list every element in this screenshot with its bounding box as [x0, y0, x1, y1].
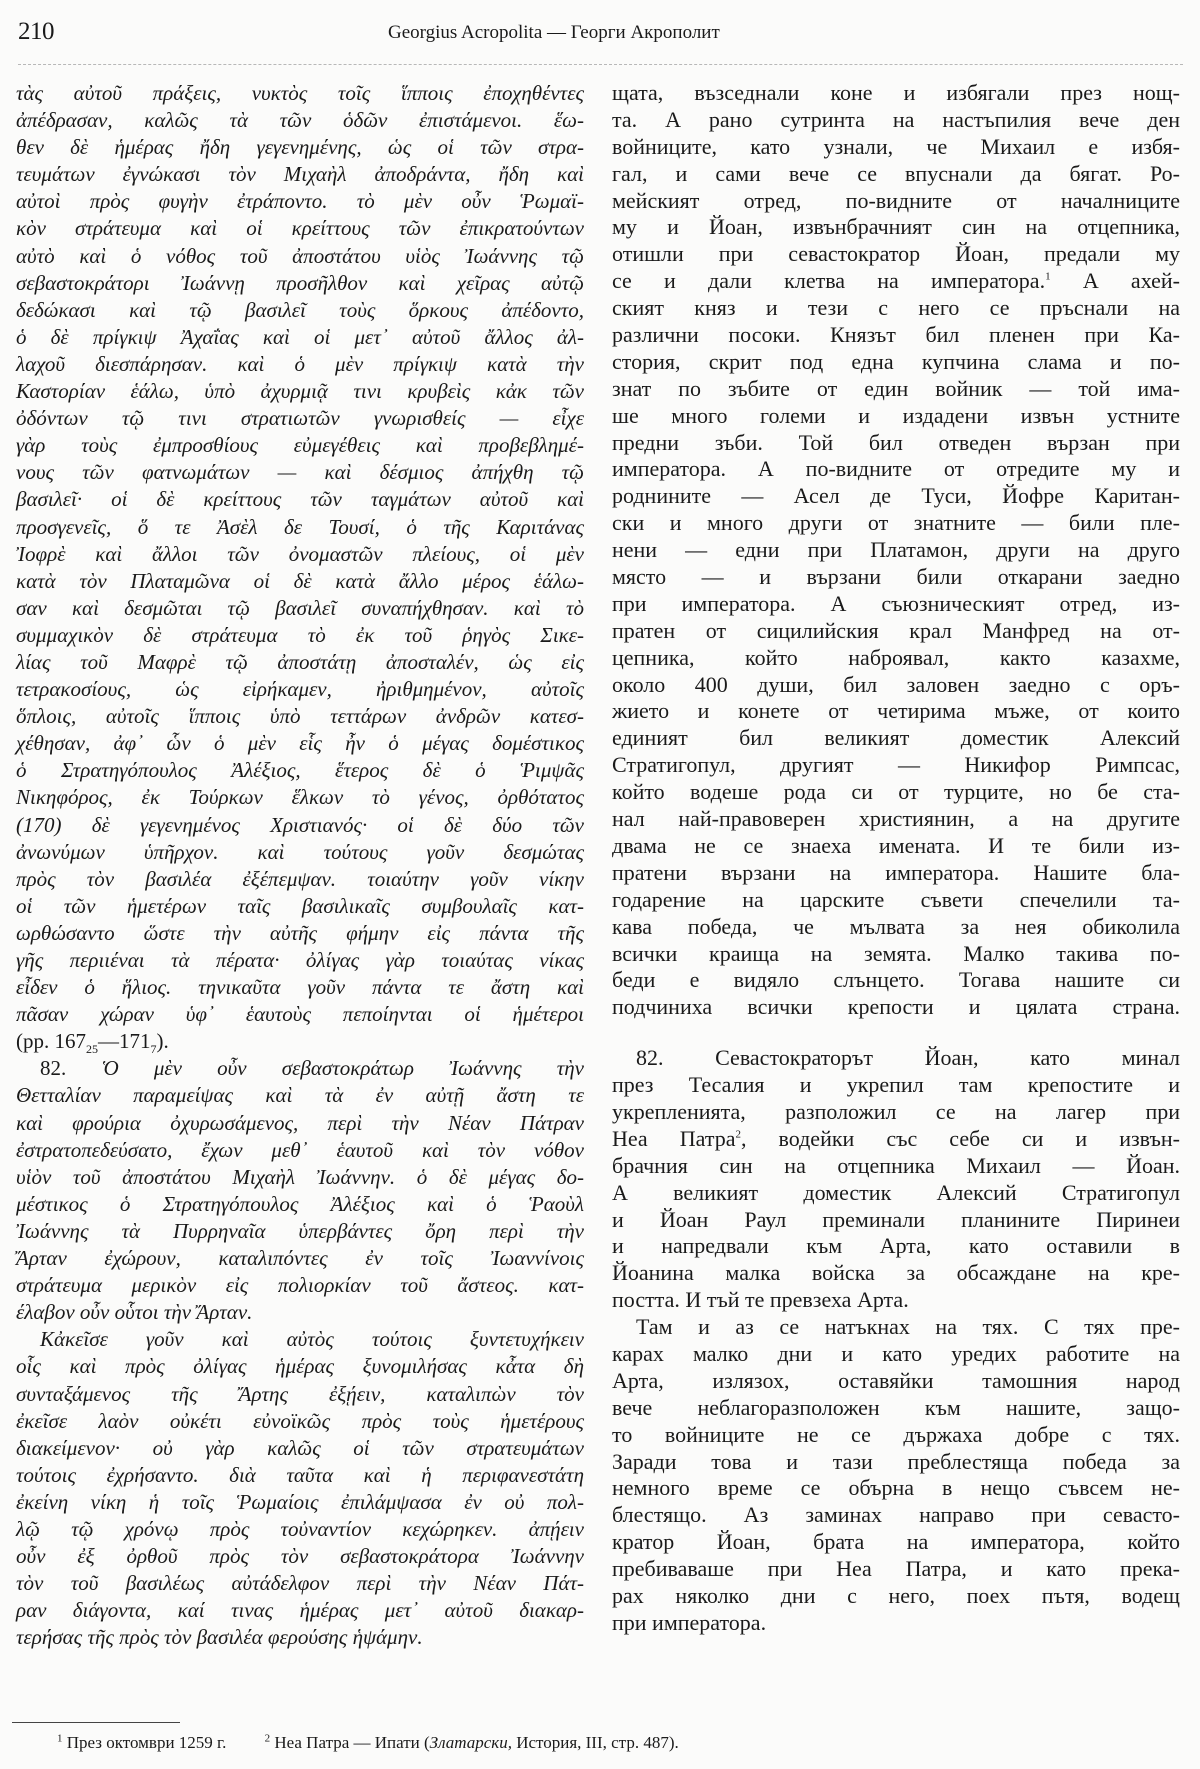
text-line: място — и вързани били откарани заедно: [612, 564, 1180, 591]
text-line: роднините — Асел де Туси, Йофре Каритан-: [612, 483, 1180, 510]
text-line: и Йоан Раул преминали планините Пиринеи: [612, 1207, 1180, 1234]
greek-paragraph-82: 82. Ὁ μὲν οὖν σεβαστοκράτωρ Ἰωάννης τὴνΘ…: [16, 1055, 584, 1326]
text-line: ἀνωνύμων ὑπῆρχον. καὶ τούτους γοῦν δεσμώ…: [16, 839, 584, 866]
text-line: брачния син на отцепника Михаил — Йоан.: [612, 1153, 1180, 1180]
text-line: χέθησαν, ἀφ᾽ ὧν ὁ μὲν εἷς ἦν ὁ μέγας δομ…: [16, 730, 584, 757]
text-line: А великият доместик Алексий Стратигопул: [612, 1180, 1180, 1207]
text-line: 82. Ὁ μὲν οὖν σεβαστοκράτωρ Ἰωάννης τὴν: [16, 1055, 584, 1082]
text-line: цепника, който наброявал, както казахме,: [612, 645, 1180, 672]
text-line: ωρθώσαντο ὥστε τὴν αὐτῆς φήμην εἰς πάντα…: [16, 920, 584, 947]
greek-paragraph-81: τὰς αὐτοῦ πράξεις, νυκτὸς τοῖς ἵπποις ἐπ…: [16, 80, 584, 1028]
bulgarian-paragraph-82: 82. Севастократорът Йоан, като миналпрез…: [612, 1045, 1180, 1314]
text-line: нени — едни при Платамон, други на друго: [612, 537, 1180, 564]
text-line: Θετταλίαν παραμείψας καὶ τὰ ἐν αὐτῇ ἄστη…: [16, 1082, 584, 1109]
text-line: през Тесалия и укрепил там крепостите и: [612, 1072, 1180, 1099]
text-line: щата, възседнали коне и избягали през но…: [612, 80, 1180, 107]
text-line: διακείμενον· οὐ γὰρ καλῶς οἱ τῶν στρατευ…: [16, 1435, 584, 1462]
text-line: знат по зъбите от един войник — той има-: [612, 376, 1180, 403]
bulgarian-paragraph-81: щата, възседнали коне и избягали през но…: [612, 80, 1180, 1021]
text-line: προσγενεῖς, ὅ τε Ἀσὲλ δε Τουσί, ὁ τῆς Κα…: [16, 514, 584, 541]
running-title: Georgius Acropolita — Георги Акрополит: [388, 22, 720, 44]
text-line: пребиваваше при Неа Патра, и като прека-: [612, 1556, 1180, 1583]
text-line: γῆς περιιέναι τὰ πέρατα· ὀλίγας γὰρ τοια…: [16, 947, 584, 974]
text-line: ἐστρατοπεδεύσατο, ἔχων μεθ᾽ ἑαυτοῦ καὶ τ…: [16, 1137, 584, 1164]
text-line: вече неблагоразположен към нашите, защо-: [612, 1395, 1180, 1422]
text-line: и напредвали към Арта, като оставили в: [612, 1233, 1180, 1260]
text-line: (170) δὲ γεγενημένος Χριστιανός· οἱ δὲ δ…: [16, 812, 584, 839]
text-line: τευμάτων ἐγνώκασι τὸν Μιχαὴλ ἀποδράντα, …: [16, 161, 584, 188]
text-line: ἐκεῖσε λαὸν οὐκέτι εὐνοϊκῶς πρὸς τοὺς ἡμ…: [16, 1408, 584, 1435]
text-line: двама не се знаеха имената. И те били из…: [612, 833, 1180, 860]
greek-citation: (pp. 16725—1717).: [16, 1028, 584, 1055]
text-line: годарение на царските съвети спечелили т…: [612, 887, 1180, 914]
text-line: έλαβον οὖν οὗτοι τὴν Ἄρταν.: [16, 1299, 584, 1326]
text-line: императора. А по-видните от отредите му …: [612, 456, 1180, 483]
bulgarian-translation-column: щата, възседнали коне и избягали през но…: [612, 80, 1180, 1637]
greek-paragraph-continuation: Κἀκεῖσε γοῦν καὶ αὐτὸς τούτοις ξυντετυχή…: [16, 1326, 584, 1651]
text-line: τὸν τοῦ βασιλέως αὐτάδελφον περὶ τὴν Νέα…: [16, 1570, 584, 1597]
text-line: Йоанина малка войска за обсаждане на кре…: [612, 1260, 1180, 1287]
text-line: αὐτοὶ πρὸς φυγὴν ἐτράποντο. τὸ μὲν οὖν Ῥ…: [16, 188, 584, 215]
text-line: λῷ τῷ χρόνῳ πρὸς τοὐναντίον κεχώρηκεν. ἀ…: [16, 1516, 584, 1543]
text-line: κὸν στράτευμα καὶ οἱ κρείττους τῶν ἐπικρ…: [16, 215, 584, 242]
text-line: при императора. А съюзническият отред, и…: [612, 591, 1180, 618]
text-line: συνταξάμενος τῆς Ἄρτης ἐξῄειν, καταλιπὼν…: [16, 1381, 584, 1408]
text-line: който водеше рода си от турците, но бе с…: [612, 779, 1180, 806]
text-line: отишли при севастократор Йоан, предали м…: [612, 241, 1180, 268]
text-line: βασιλεῖ· οἱ δὲ κρείττους τῶν ταγμάτων αὐ…: [16, 486, 584, 513]
text-line: мейският отред, по-видните от началницит…: [612, 188, 1180, 215]
text-line: му и Йоан, извънбрачният син на отцепник…: [612, 214, 1180, 241]
text-line: ὁ δὲ πρίγκιψ Ἀχαΐας καὶ οἱ μετ᾽ αὐτοῦ ἄλ…: [16, 324, 584, 351]
text-line: пратен от сицилийския крал Манфред на от…: [612, 618, 1180, 645]
text-line: πᾶσαν χώραν ὑφ᾽ ἑαυτοὺς πεποίηνται οἱ ἡμ…: [16, 1001, 584, 1028]
text-line: гал, и сами вече се впуснали да бягат. Р…: [612, 161, 1180, 188]
text-line: τὰς αὐτοῦ πράξεις, νυκτὸς τοῖς ἵπποις ἐπ…: [16, 80, 584, 107]
text-line: λαχοῦ διεσπάρησαν. καὶ ὁ μὲν πρίγκιψ κατ…: [16, 351, 584, 378]
text-line: подчиниха всички крепости и цялата стран…: [612, 994, 1180, 1021]
greek-text-column: τὰς αὐτοῦ πράξεις, νυκτὸς τοῖς ἵπποις ἐπ…: [16, 80, 584, 1651]
text-line: Ἰοφρὲ καὶ ἄλλοι τῶν ὀνομαστῶν πλείους, ο…: [16, 541, 584, 568]
text-line: ὁ Στρατηγόπουλος Ἀλέξιος, ἕτερος δὲ ὁ Ῥι…: [16, 757, 584, 784]
text-line: ският княз и тези с него се пръснали на: [612, 295, 1180, 322]
text-line: τετρακοσίους, ὡς εἰρήκαμεν, ἠριθμημένον,…: [16, 676, 584, 703]
text-line: около 400 души, бил заловен заедно с оръ…: [612, 672, 1180, 699]
text-line: κατὰ τὸν Πλαταμῶνα οἱ δὲ κατὰ ἄλλο μέρος…: [16, 568, 584, 595]
text-line: стория, скрит под една купчина слама и п…: [612, 349, 1180, 376]
text-line: συμμαχικὸν δὲ στράτευμα τὸ ἐκ τοῦ ῥηγὸς …: [16, 622, 584, 649]
text-line: различни посоки. Князът бил пленен при К…: [612, 322, 1180, 349]
text-line: Там и аз се натъкнах на тях. С тях пре-: [612, 1314, 1180, 1341]
text-line: μέστικος ὁ Στρατηγόπουλος Ἀλέξιος καὶ ὁ …: [16, 1191, 584, 1218]
text-line: та. А рано сутринта на настъпилия вече д…: [612, 107, 1180, 134]
text-line: жието и конете от четирима мъже, от коит…: [612, 698, 1180, 725]
text-line: Νικηφόρος, ἐκ Τούρκων ἕλκων τὸ γένος, ὀρ…: [16, 784, 584, 811]
text-line: δεδώκασι καὶ τῷ βασιλεῖ τοὺς ὅρκους ἀπέδ…: [16, 297, 584, 324]
text-line: беди е видяло слънцето. Тогава нашите си: [612, 967, 1180, 994]
text-line: τούτοις ἐχρήσαντο. διὰ ταῦτα καὶ ἡ περιφ…: [16, 1462, 584, 1489]
footnote-ref-1[interactable]: 1: [1045, 271, 1051, 283]
text-line: Ἄρταν ἐχώρουν, καταλιπόντες ἐν τοῖς Ἰωαν…: [16, 1245, 584, 1272]
text-line: Κἀκεῖσε γοῦν καὶ αὐτὸς τούτοις ξυντετυχή…: [16, 1326, 584, 1353]
text-line: σαν καὶ δεσμῶται τῷ βασιλεῖ συναπήχθησαν…: [16, 595, 584, 622]
text-line: ἐκείνη νίκη ἡ τοῖς Ῥωμαίοις ἐπιλάμψασα ἐ…: [16, 1489, 584, 1516]
text-line: ραν διάγοντα, καί τινας ἡμέρας μετ᾽ αὐτο…: [16, 1597, 584, 1624]
text-line: немного време се обърна в нещо съвсем не…: [612, 1475, 1180, 1502]
text-line: νους τῶν φατνωμάτων — καὶ δέσμιος ἀπήχθη…: [16, 459, 584, 486]
text-line: пратени вързани на императора. Нашите бл…: [612, 860, 1180, 887]
header-divider: [18, 64, 1183, 65]
text-line: Заради това и тази преблестяща победа за: [612, 1449, 1180, 1476]
text-line: Арта, излязох, оставяйки тамошния народ: [612, 1368, 1180, 1395]
text-line: кава победа, че мълвата за нея обиколила: [612, 914, 1180, 941]
text-line: ски и много други от знатните — били пле…: [612, 510, 1180, 537]
text-line: αὐτὸ καὶ ὁ νόθος τοῦ ἀποστάτου υἱὸς Ἰωάν…: [16, 243, 584, 270]
text-line: блестящо. Аз заминах направо при севасто…: [612, 1502, 1180, 1529]
bulgarian-paragraph-continuation: Там и аз се натъкнах на тях. С тях пре-к…: [612, 1314, 1180, 1637]
text-line: укрепленията, разположил се на лагер при: [612, 1099, 1180, 1126]
text-line: πρὸς τὸν βασιλέα ἐξέπεμψαν. τοιαύτην γοῦ…: [16, 866, 584, 893]
footnote-1: 1 През октомври 1259 г.: [57, 1733, 226, 1752]
text-line: карах малко дни и като уредих работите н…: [612, 1341, 1180, 1368]
text-line: рах няколко дни с него, поех пътя, водещ: [612, 1583, 1180, 1610]
paragraph-gap: [612, 1021, 1180, 1045]
text-line: Ἰωάννης τὰ Πυρρηναῖα ὑπερβάντες ὄρη περὶ…: [16, 1218, 584, 1245]
text-line: то войниците не се държаха добре с тях.: [612, 1422, 1180, 1449]
text-line: постта. И тъй те превзеха Арта.: [612, 1287, 1180, 1314]
text-line: ἀπέδρασαν, καλῶς τὰ τῶν ὁδῶν ἐπιστάμενοι…: [16, 107, 584, 134]
footnote-divider: [12, 1722, 180, 1723]
text-line: при императора.: [612, 1610, 1180, 1637]
text-line: всички краища на земята. Малко такива по…: [612, 941, 1180, 968]
text-line: ὅπλοις, αὐτοῖς ἵπποις ὑπὸ τεττάρων ἀνδρῶ…: [16, 703, 584, 730]
text-line: кратор Йоан, брата на императора, който: [612, 1529, 1180, 1556]
text-line: υἱὸν τοῦ ἀποστάτου Μιχαὴλ Ἰωάννην. ὁ δὲ …: [16, 1164, 584, 1191]
page-number: 210: [18, 18, 54, 46]
text-line: γὰρ τοὺς ἐμπροσθίους εὐμεγέθεις καὶ προβ…: [16, 432, 584, 459]
text-line: войниците, като узнали, че Михаил е избя…: [612, 134, 1180, 161]
text-line: θεν δὲ ἡμέρας ἤδη γεγενημένης, ὡς οἱ τῶν…: [16, 134, 584, 161]
text-line: λίας τοῦ Μαφρὲ τῷ ἀποστάτῃ ἀποσταλέν, ὡς…: [16, 649, 584, 676]
footnote-2: 2 Неа Патра — Ипати (Златарски, История,…: [265, 1733, 679, 1752]
text-line: εἶδεν ὁ ἥλιος. τηνικαῦτα γοῦν πάντα τε ἄ…: [16, 974, 584, 1001]
text-line: нал най-правоверен християнин, а на друг…: [612, 806, 1180, 833]
footnotes: 1 През октомври 1259 г. 2 Неа Патра — Ип…: [57, 1733, 713, 1753]
text-line: καὶ φρούρια ὀχυρωσάμενος, περὶ τὴν Νέαν …: [16, 1110, 584, 1137]
text-line: οἱ τῶν ἡμετέρων ταῖς βασιλικαῖς συμβουλα…: [16, 893, 584, 920]
text-line: единият бил великият доместик Алексий: [612, 725, 1180, 752]
text-line: οἷς καὶ πρὸς ὀλίγας ἡμέρας ξυνομιλήσας κ…: [16, 1353, 584, 1380]
text-line: σεβαστοκράτορι Ἰωάννῃ προσῆλθον καὶ χεῖρ…: [16, 270, 584, 297]
page-header: 210 Georgius Acropolita — Георги Акропол…: [18, 14, 1183, 54]
text-line: се и дали клетва на императора.1 А ахей-: [612, 268, 1180, 295]
section-number: 82.: [40, 1056, 66, 1080]
text-line: οὖν ἐξ ὀρθοῦ πρὸς τὸν σεβαστοκράτορα Ἰωά…: [16, 1543, 584, 1570]
text-line: Неа Патра2, водейки със себе си и извън-: [612, 1126, 1180, 1153]
text-line: Стратигопул, другият — Никифор Римпсас,: [612, 752, 1180, 779]
text-line: τερήσας τῆς πρὸς τὸν βασιλέα φερούσης ἡψ…: [16, 1624, 584, 1651]
text-line: Καστορίαν ἑάλω, ὑπὸ ἀχυρμιᾷ τινι κρυβεὶς…: [16, 378, 584, 405]
text-line: предни зъби. Той бил отведен вързан при: [612, 430, 1180, 457]
text-line: ше много големи и издадени извън устните: [612, 403, 1180, 430]
text-line: 82. Севастократорът Йоан, като минал: [612, 1045, 1180, 1072]
text-line: ὀδόντων τῷ τινι στρατιωτῶν γνωρισθείς — …: [16, 405, 584, 432]
text-line: στράτευμα μερικὸν εἰς πολιορκίαν τοῦ ἄστ…: [16, 1272, 584, 1299]
